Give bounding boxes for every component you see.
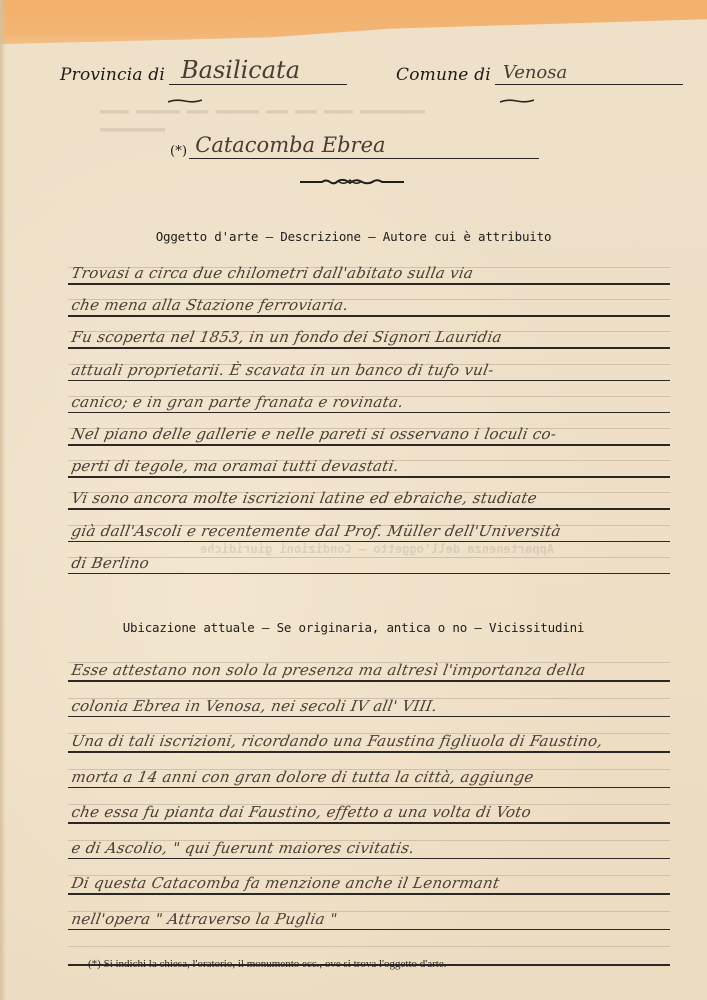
document-page: ▬▬▬▬ ▬▬▬▬▬▬ ▬▬▬ ▬▬▬▬▬▬ ▬▬▬ ▬▬▬ ▬▬▬▬ ▬▬▬▬… <box>0 0 707 1000</box>
footnote: (*) Si indichi la chiesa, l'oratorio, il… <box>88 958 446 970</box>
provincia-field: Provincia di Basilicata <box>60 58 347 85</box>
location-value: Catacomba Ebrea <box>195 135 385 156</box>
bleed-through-text: ▬▬▬▬▬▬▬▬▬ <box>100 122 165 136</box>
handwritten-line: Una di tali iscrizioni, ricordando una F… <box>70 732 673 750</box>
provincia-value-line: Basilicata <box>169 58 347 85</box>
ruled-line <box>68 315 670 317</box>
location-marker: (*) <box>170 144 187 159</box>
paper-left-edge <box>0 0 6 1000</box>
paper-edge-band <box>0 0 707 48</box>
comune-value: Venosa <box>503 64 567 82</box>
handwritten-line: Fu scoperta nel 1853, in un fondo dei Si… <box>70 328 673 346</box>
section-title-location: Ubicazione attuale — Se originaria, anti… <box>0 620 707 635</box>
ruled-line <box>68 347 670 349</box>
ruled-line <box>68 283 670 285</box>
ruled-line <box>68 787 670 789</box>
provincia-label: Provincia di <box>60 65 165 85</box>
ruled-line <box>68 412 670 414</box>
provincia-value: Basilicata <box>181 58 300 82</box>
location-value-line: Catacomba Ebrea <box>189 132 539 159</box>
ruled-line <box>68 751 670 753</box>
comune-field: Comune di Venosa <box>396 58 683 85</box>
handwritten-line: morta a 14 anni con gran dolore di tutta… <box>70 768 673 786</box>
handwritten-line: attuali proprietarii. È scavata in un ba… <box>70 361 673 379</box>
comune-label: Comune di <box>396 65 491 85</box>
handwritten-line: Esse attestano non solo la presenza ma a… <box>70 661 673 679</box>
handwritten-line: Trovasi a circa due chilometri dall'abit… <box>70 264 673 282</box>
tilde-ornament <box>168 98 202 104</box>
ruled-line <box>68 893 670 895</box>
section-title-description: Oggetto d'arte — Descrizione — Autore cu… <box>0 229 707 244</box>
ruled-line <box>68 822 670 824</box>
handwritten-line: che essa fu pianta dai Faustino, effetto… <box>70 803 673 821</box>
decorative-ornament <box>300 176 404 188</box>
handwritten-line: di Berlino <box>70 554 673 572</box>
ruled-line <box>68 716 670 718</box>
tilde-ornament <box>500 98 534 104</box>
location-field: (*) Catacomba Ebrea <box>170 132 539 159</box>
ruled-line <box>68 444 670 446</box>
handwritten-line: perti di tegole, ma oramai tutti devasta… <box>70 457 673 475</box>
ruled-line <box>68 380 670 382</box>
ruled-line <box>68 929 670 931</box>
ruled-line <box>68 680 670 682</box>
ruled-line <box>68 508 670 510</box>
ruled-line <box>68 858 670 860</box>
handwritten-line: canico; e in gran parte franata e rovina… <box>70 393 673 411</box>
handwritten-line: Di questa Catacomba fa menzione anche il… <box>70 874 673 892</box>
bleed-through-text: ▬▬▬▬ ▬▬▬▬▬▬ ▬▬▬ ▬▬▬▬▬▬ ▬▬▬ ▬▬▬ ▬▬▬▬ ▬▬▬▬… <box>100 104 425 118</box>
handwritten-line: Vi sono ancora molte iscrizioni latine e… <box>70 489 673 507</box>
handwritten-line: già dall'Ascoli e recentemente dal Prof.… <box>70 522 673 540</box>
handwritten-line: colonia Ebrea in Venosa, nei secoli IV a… <box>70 697 673 715</box>
ruled-line <box>68 541 670 543</box>
handwritten-line: Nel piano delle gallerie e nelle pareti … <box>70 425 673 443</box>
ruled-line <box>68 476 670 478</box>
handwritten-line: e di Ascolio, " qui fuerunt maiores civi… <box>70 839 673 857</box>
handwritten-line: che mena alla Stazione ferroviaria. <box>70 296 673 314</box>
ruled-guide-line <box>68 946 670 947</box>
handwritten-line: nell'opera " Attraverso la Puglia " <box>70 910 673 928</box>
comune-value-line: Venosa <box>495 58 683 85</box>
ruled-line <box>68 573 670 575</box>
